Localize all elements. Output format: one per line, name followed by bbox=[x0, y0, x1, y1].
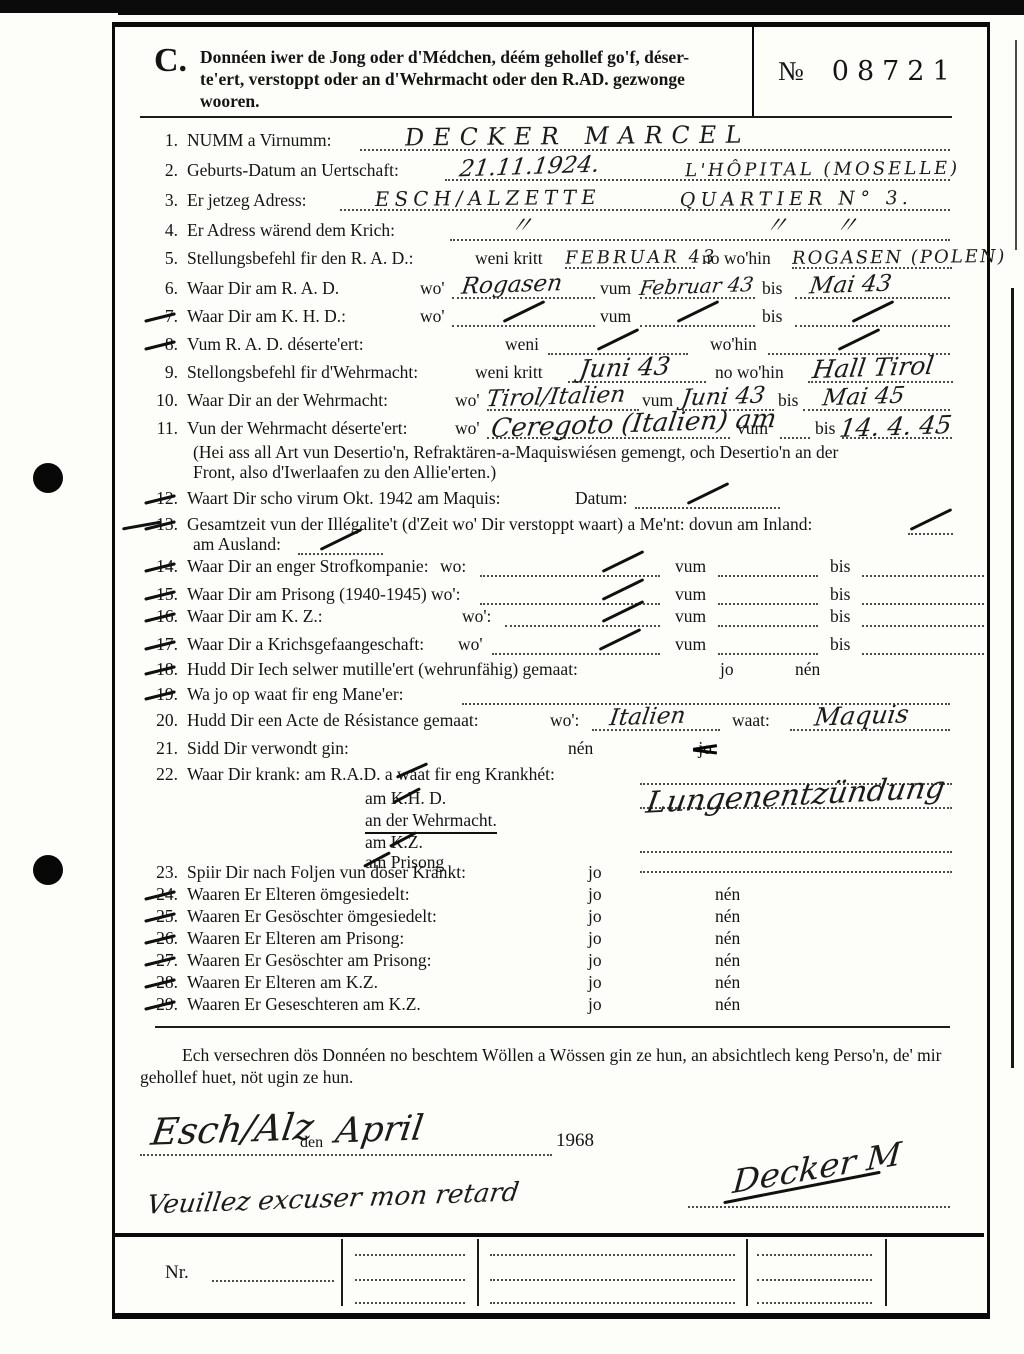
field-label: wo' bbox=[455, 418, 480, 439]
question-label: Waaren Er Gesöschter ömgesiedelt: bbox=[187, 906, 437, 926]
option-jo: jo bbox=[588, 906, 602, 927]
date-year: 1968 bbox=[556, 1130, 594, 1152]
answer-line bbox=[480, 555, 660, 577]
question-label: Waar Dir am R. A. D. bbox=[187, 278, 339, 298]
field-label: wo' bbox=[455, 390, 480, 411]
question-label: Waart Dir scho virum Okt. 1942 am Maquis… bbox=[187, 488, 501, 508]
question-row-19: 19.Wa jo op waat fir eng Mane'er: bbox=[140, 684, 404, 708]
answer-line bbox=[718, 583, 818, 605]
question-label: Waaren Er Elteren ömgesiedelt: bbox=[187, 884, 410, 904]
section-title: Donnéen iwer de Jong oder d'Médchen, déé… bbox=[200, 46, 740, 112]
question-label: Vun der Wehrmacht déserte'ert: bbox=[187, 418, 408, 438]
scanned-form-page: C. Donnéen iwer de Jong oder d'Médchen, … bbox=[0, 0, 1024, 1354]
form-number-value: 08721 bbox=[832, 56, 958, 87]
answer-line: Februar 43 bbox=[640, 277, 755, 299]
header-divider bbox=[752, 24, 754, 116]
header-bottom-rule bbox=[140, 116, 952, 118]
field-label: am Ausland: bbox=[193, 534, 281, 555]
answer-line bbox=[640, 851, 952, 873]
answer-line: Mai 45 bbox=[803, 389, 950, 411]
signature-dotted-line bbox=[688, 1204, 950, 1208]
answer-line bbox=[862, 605, 984, 627]
field-label: weni kritt bbox=[475, 362, 543, 383]
question-label: Er Adress wärend dem Krich: bbox=[187, 220, 395, 240]
question-label: Hudd Dir een Acte de Résistance gemaat: bbox=[187, 710, 479, 730]
question-number: 2. bbox=[140, 160, 178, 181]
question-number: 5. bbox=[140, 248, 178, 269]
field-label: vum bbox=[675, 634, 706, 655]
question-number-struck: 16. bbox=[140, 606, 178, 627]
table-cell-dotted bbox=[355, 1300, 465, 1304]
punch-hole-top bbox=[33, 463, 63, 493]
answer-line bbox=[862, 583, 984, 605]
handwritten-quarter: QUARTIER N° 3. bbox=[678, 187, 915, 211]
question-label: Stellungsbefehl fir den R. A. D.: bbox=[187, 248, 414, 268]
question-number: 4. bbox=[140, 220, 178, 241]
question-number-struck: 8. bbox=[140, 334, 178, 355]
answer-line bbox=[480, 583, 660, 605]
answer-line: Tirol/Italien bbox=[487, 389, 639, 411]
table-vline-4 bbox=[885, 1239, 887, 1306]
question-row-21: 21.Sidd Dir verwondt gin: jo nén bbox=[140, 738, 367, 762]
answer-line bbox=[780, 417, 810, 439]
question-number: 1. bbox=[140, 130, 178, 151]
field-label: Datum: bbox=[575, 488, 628, 509]
answer-line bbox=[718, 555, 818, 577]
question-row-2: 2.Geburts-Datum an Uertschaft: 21.11.192… bbox=[140, 160, 399, 184]
question-label: Hudd Dir Iech selwer mutille'ert (wehrun… bbox=[187, 659, 578, 679]
field-label: vum bbox=[600, 278, 631, 299]
ditto-mark: 〃 bbox=[833, 207, 861, 241]
answer-line bbox=[718, 633, 818, 655]
question-label: Gesamtzeit vun der Illégalite't (d'Zeit … bbox=[187, 514, 812, 534]
question-number-struck: 25. bbox=[140, 906, 178, 927]
question-row-14: 14.Waar Dir an enger Strofkompanie: wo: … bbox=[140, 556, 429, 580]
field-label: weni kritt bbox=[475, 248, 543, 269]
question-label: Geburts-Datum an Uertschaft: bbox=[187, 160, 399, 180]
form-number: №08721 bbox=[778, 56, 958, 87]
field-label: wo'hin bbox=[710, 334, 757, 355]
handwritten-until: Mai 43 bbox=[808, 271, 893, 300]
answer-line bbox=[908, 513, 953, 535]
question-number-struck: 28. bbox=[140, 972, 178, 993]
handwritten-desertion-date: 14. 4. 45 bbox=[838, 410, 954, 443]
question-label: Waaren Er Geseschteren am K.Z. bbox=[187, 994, 421, 1014]
declaration-divider bbox=[155, 1026, 950, 1028]
table-cell-dotted bbox=[757, 1277, 872, 1281]
answer-line bbox=[452, 305, 595, 327]
handwritten-address: ESCH/ALZETTE bbox=[373, 185, 603, 211]
field-label: bis bbox=[830, 584, 850, 605]
table-vline-2 bbox=[477, 1239, 479, 1306]
answer-line: 21.11.1924. L'HÔPITAL (MOSELLE) bbox=[445, 159, 950, 181]
option-jo: jo bbox=[588, 972, 602, 993]
answer-line bbox=[298, 533, 383, 555]
question-number-struck: 24. bbox=[140, 884, 178, 905]
handwritten-until: Mai 45 bbox=[821, 383, 906, 412]
question-number-struck: 27. bbox=[140, 950, 178, 971]
question-label: Waar Dir an enger Strofkompanie: bbox=[187, 556, 429, 576]
question-row-1: 1.NUMM a Virnumm: DECKER MARCEL bbox=[140, 130, 331, 154]
field-label: no wo'hin bbox=[715, 362, 784, 383]
numero-sign: № bbox=[778, 56, 804, 86]
field-label: wo' bbox=[458, 634, 483, 655]
field-label: vum bbox=[675, 606, 706, 627]
question-row-3: 3.Er jetzeg Adress: ESCH/ALZETTE QUARTIE… bbox=[140, 190, 307, 214]
declaration-text: Ech versechren dös Donnéen no beschtem W… bbox=[140, 1044, 954, 1088]
date-dotted-line bbox=[140, 1152, 552, 1156]
field-label: bis bbox=[762, 278, 782, 299]
section-title-line2: te'ert, verstoppt oder an d'Wehrmacht od… bbox=[200, 68, 740, 90]
question-number-struck: 13. bbox=[140, 514, 178, 535]
question-row-23: 23.Spiir Dir nach Foljen vun döser Kränk… bbox=[140, 862, 496, 886]
handwritten-birthplace: L'HÔPITAL (MOSELLE) bbox=[683, 158, 962, 181]
field-label: bis bbox=[815, 418, 835, 439]
question-number-struck: 18. bbox=[140, 659, 178, 680]
field-label: wo' bbox=[420, 278, 445, 299]
answer-line bbox=[862, 633, 984, 655]
handwritten-month: FEBRUAR 43 bbox=[563, 246, 719, 268]
option-nen: nén bbox=[715, 906, 740, 927]
question-label: Er jetzeg Adress: bbox=[187, 190, 307, 210]
field-label: wo': bbox=[550, 710, 579, 731]
table-nr-label: Nr. bbox=[165, 1262, 189, 1284]
table-cell-dotted bbox=[757, 1300, 872, 1304]
question-row-24: 24.Waaren Er Elteren ömgesiedelt: jo nén bbox=[140, 884, 410, 908]
handwritten-place: Rogasen bbox=[460, 270, 564, 299]
handwritten-destination: Hall Tirol bbox=[811, 351, 936, 384]
scan-top-edge-2 bbox=[118, 10, 1024, 15]
table-cell-dotted bbox=[490, 1277, 735, 1281]
answer-line bbox=[718, 605, 818, 627]
table-cell-dotted bbox=[490, 1252, 735, 1256]
question-label: Waar Dir a Krichsgefaangeschaft: bbox=[187, 634, 424, 654]
question-number: 10. bbox=[140, 390, 178, 411]
handwritten-name: DECKER MARCEL bbox=[403, 120, 753, 151]
field-label: bis bbox=[762, 306, 782, 327]
question-number-struck: 17. bbox=[140, 634, 178, 655]
option-jo: jo bbox=[588, 994, 602, 1015]
question-number-struck: 12. bbox=[140, 488, 178, 509]
answer-line: ROGASEN (POLEN) bbox=[792, 247, 952, 269]
option-nen: nén bbox=[795, 659, 820, 680]
question-number-struck: 26. bbox=[140, 928, 178, 949]
question-row-20: 20.Hudd Dir een Acte de Résistance gemaa… bbox=[140, 710, 479, 734]
question-label: Vum R. A. D. déserte'ert: bbox=[187, 334, 364, 354]
answer-line bbox=[862, 555, 984, 577]
question-row-12: 12.Waart Dir scho virum Okt. 1942 am Maq… bbox=[140, 488, 501, 512]
scan-right-edge bbox=[1011, 288, 1014, 1068]
question-label: Waaren Er Gesöschter am Prisong: bbox=[187, 950, 432, 970]
answer-line bbox=[795, 305, 950, 327]
handwritten-from: Februar 43 bbox=[638, 272, 755, 300]
answer-line bbox=[640, 831, 952, 853]
answer-line bbox=[492, 633, 660, 655]
field-label: bis bbox=[778, 390, 798, 411]
sub-label-wehrmacht-underlined: an der Wehrmacht. bbox=[365, 810, 497, 834]
handwritten-destination: ROGASEN (POLEN) bbox=[790, 246, 1008, 269]
option-nen: nén bbox=[715, 972, 740, 993]
date-den-label: den bbox=[300, 1134, 323, 1152]
table-cell-dotted bbox=[757, 1252, 872, 1256]
field-label: vum bbox=[675, 556, 706, 577]
question-label: Waar Dir am Prisong (1940-1945) wo': bbox=[187, 584, 460, 604]
field-label: no wo'hin bbox=[702, 248, 771, 269]
ditto-mark: 〃 bbox=[763, 207, 791, 241]
question-row-5: 5.Stellungsbefehl fir den R. A. D.: weni… bbox=[140, 248, 414, 272]
handwritten-month-date: April bbox=[333, 1108, 426, 1151]
field-label: weni bbox=[505, 334, 539, 355]
table-vline-1 bbox=[341, 1239, 343, 1306]
answer-line bbox=[640, 305, 755, 327]
question-label: Waar Dir am K. H. D.: bbox=[187, 306, 346, 326]
question-row-4: 4.Er Adress wärend dem Krich: 〃 〃 〃 bbox=[140, 220, 395, 244]
sub-label-khd: am K.H. D. bbox=[365, 788, 446, 809]
option-jo: jo bbox=[588, 884, 602, 905]
option-jo: jo bbox=[588, 950, 602, 971]
option-nen: nén bbox=[715, 994, 740, 1015]
question-number-struck: 7. bbox=[140, 306, 178, 327]
field-label: wo': bbox=[462, 606, 491, 627]
question-row-22: 22.Waar Dir krank: am R.A.D. a waat fir … bbox=[140, 764, 555, 788]
section-title-line3: wooren. bbox=[200, 90, 740, 112]
option-jo: jo bbox=[588, 928, 602, 949]
handwritten-birthdate: 21.11.1924. bbox=[458, 152, 601, 183]
answer-line: Rogasen bbox=[452, 277, 595, 299]
table-cell-dotted bbox=[355, 1277, 465, 1281]
table-cell-dotted bbox=[490, 1300, 735, 1304]
question-label: Waar Dir am K. Z.: bbox=[187, 606, 323, 626]
field-label: bis bbox=[830, 634, 850, 655]
answer-line: Maquis bbox=[790, 709, 950, 731]
question-number-struck: 19. bbox=[140, 684, 178, 705]
question-11-note-line1: (Hei ass all Art vun Desertio'n, Refrakt… bbox=[193, 442, 838, 463]
question-label: Stellongsbefehl fir d'Wehrmacht: bbox=[187, 362, 418, 382]
table-top-border bbox=[112, 1233, 984, 1237]
question-number-struck: 29. bbox=[140, 994, 178, 1015]
question-label: Sidd Dir verwondt gin: bbox=[187, 738, 349, 758]
question-label: Waar Dir krank: am R.A.D. a waat fir eng… bbox=[187, 764, 555, 784]
question-number: 20. bbox=[140, 710, 178, 731]
question-row-25: 25.Waaren Er Gesöschter ömgesiedelt: jo … bbox=[140, 906, 437, 930]
field-label: waat: bbox=[732, 710, 770, 731]
option-nen: nén bbox=[715, 928, 740, 949]
answer-line: Juni 43 bbox=[568, 361, 706, 383]
option-nen: nén bbox=[715, 950, 740, 971]
handwritten-place-date: Esch/Alz bbox=[149, 1105, 317, 1154]
answer-line bbox=[505, 605, 660, 627]
option-jo: jo bbox=[588, 862, 602, 883]
field-label: bis bbox=[830, 606, 850, 627]
field-label: wo: bbox=[440, 556, 466, 577]
question-label: Wa jo op waat fir eng Mane'er: bbox=[187, 684, 404, 704]
question-row-6: 6.Waar Dir am R. A. D. wo' Rogasen vum F… bbox=[140, 278, 339, 302]
question-row-29: 29.Waaren Er Geseschteren am K.Z. jo nén bbox=[140, 994, 421, 1018]
question-label: NUMM a Virnumm: bbox=[187, 130, 331, 150]
answer-line: Mai 43 bbox=[795, 277, 950, 299]
section-letter: C. bbox=[154, 42, 187, 80]
option-nen: nén bbox=[715, 884, 740, 905]
question-row-16: 16.Waar Dir am K. Z.: wo': vum bis bbox=[140, 606, 323, 630]
answer-line: 〃 〃 〃 bbox=[450, 219, 950, 241]
question-label: Waaren Er Elteren am K.Z. bbox=[187, 972, 378, 992]
scan-right-edge-2 bbox=[1015, 40, 1017, 250]
question-row-18: 18.Hudd Dir Iech selwer mutille'ert (weh… bbox=[140, 659, 578, 683]
question-number: 9. bbox=[140, 362, 178, 383]
table-vline-3 bbox=[746, 1239, 748, 1306]
field-label: wo' bbox=[420, 306, 445, 327]
question-row-17: 17.Waar Dir a Krichsgefaangeschaft: wo' … bbox=[140, 634, 424, 658]
answer-line: Hall Tirol bbox=[808, 361, 953, 383]
answer-line bbox=[635, 487, 780, 509]
table-nr-dotted bbox=[212, 1278, 334, 1282]
question-11-note-line2: Front, also d'Iwerlaafen zu den Allie'er… bbox=[193, 462, 496, 483]
question-number: 22. bbox=[140, 764, 178, 785]
question-number-struck: 15. bbox=[140, 584, 178, 605]
answer-line: Italien bbox=[592, 709, 720, 731]
question-row-27: 27.Waaren Er Gesöschter am Prisong: jo n… bbox=[140, 950, 432, 974]
question-row-9: 9.Stellongsbefehl fir d'Wehrmacht: weni … bbox=[140, 362, 418, 386]
ditto-mark: 〃 bbox=[508, 207, 536, 241]
section-title-line1: Donnéen iwer de Jong oder d'Médchen, déé… bbox=[200, 46, 740, 68]
question-label: Waar Dir an der Wehrmacht: bbox=[187, 390, 388, 410]
option-jo-struck: jo bbox=[698, 738, 712, 758]
field-label: vum bbox=[675, 584, 706, 605]
question-row-26: 26.Waaren Er Elteren am Prisong: jo nén bbox=[140, 928, 404, 952]
question-row-10: 10.Waar Dir an der Wehrmacht: wo' Tirol/… bbox=[140, 390, 388, 414]
question-label: Waaren Er Elteren am Prisong: bbox=[187, 928, 404, 948]
question-number: 11. bbox=[140, 418, 178, 439]
question-number: 3. bbox=[140, 190, 178, 211]
question-row-28: 28.Waaren Er Elteren am K.Z. jo nén bbox=[140, 972, 378, 996]
answer-line: DECKER MARCEL bbox=[360, 129, 950, 151]
handwritten-month: Juni 43 bbox=[578, 351, 673, 383]
question-number: 21. bbox=[140, 738, 178, 759]
option-nen: nén bbox=[568, 738, 593, 759]
table-cell-dotted bbox=[355, 1252, 465, 1256]
handwritten-acte-type: Maquis bbox=[813, 699, 911, 731]
field-label: vum bbox=[600, 306, 631, 327]
question-row-15: 15.Waar Dir am Prisong (1940-1945) wo': … bbox=[140, 584, 460, 608]
question-row-8: 8.Vum R. A. D. déserte'ert: weni wo'hin bbox=[140, 334, 364, 358]
question-label: Spiir Dir nach Foljen vun döser Kränkt: bbox=[187, 862, 466, 882]
question-number: 23. bbox=[140, 862, 178, 883]
question-row-7: 7.Waar Dir am K. H. D.: wo' vum bis bbox=[140, 306, 346, 330]
answer-line: FEBRUAR 43 bbox=[565, 247, 695, 269]
handwritten-place: Tirol/Italien bbox=[485, 382, 627, 413]
handwritten-acte-place: Italien bbox=[608, 703, 687, 732]
question-row-11: 11.Vun der Wehrmacht déserte'ert: wo' vu… bbox=[140, 418, 408, 442]
question-number-struck: 14. bbox=[140, 556, 178, 577]
option-jo: jo bbox=[720, 659, 734, 680]
field-label: bis bbox=[830, 556, 850, 577]
question-number: 6. bbox=[140, 278, 178, 299]
punch-hole-bottom bbox=[33, 855, 63, 885]
